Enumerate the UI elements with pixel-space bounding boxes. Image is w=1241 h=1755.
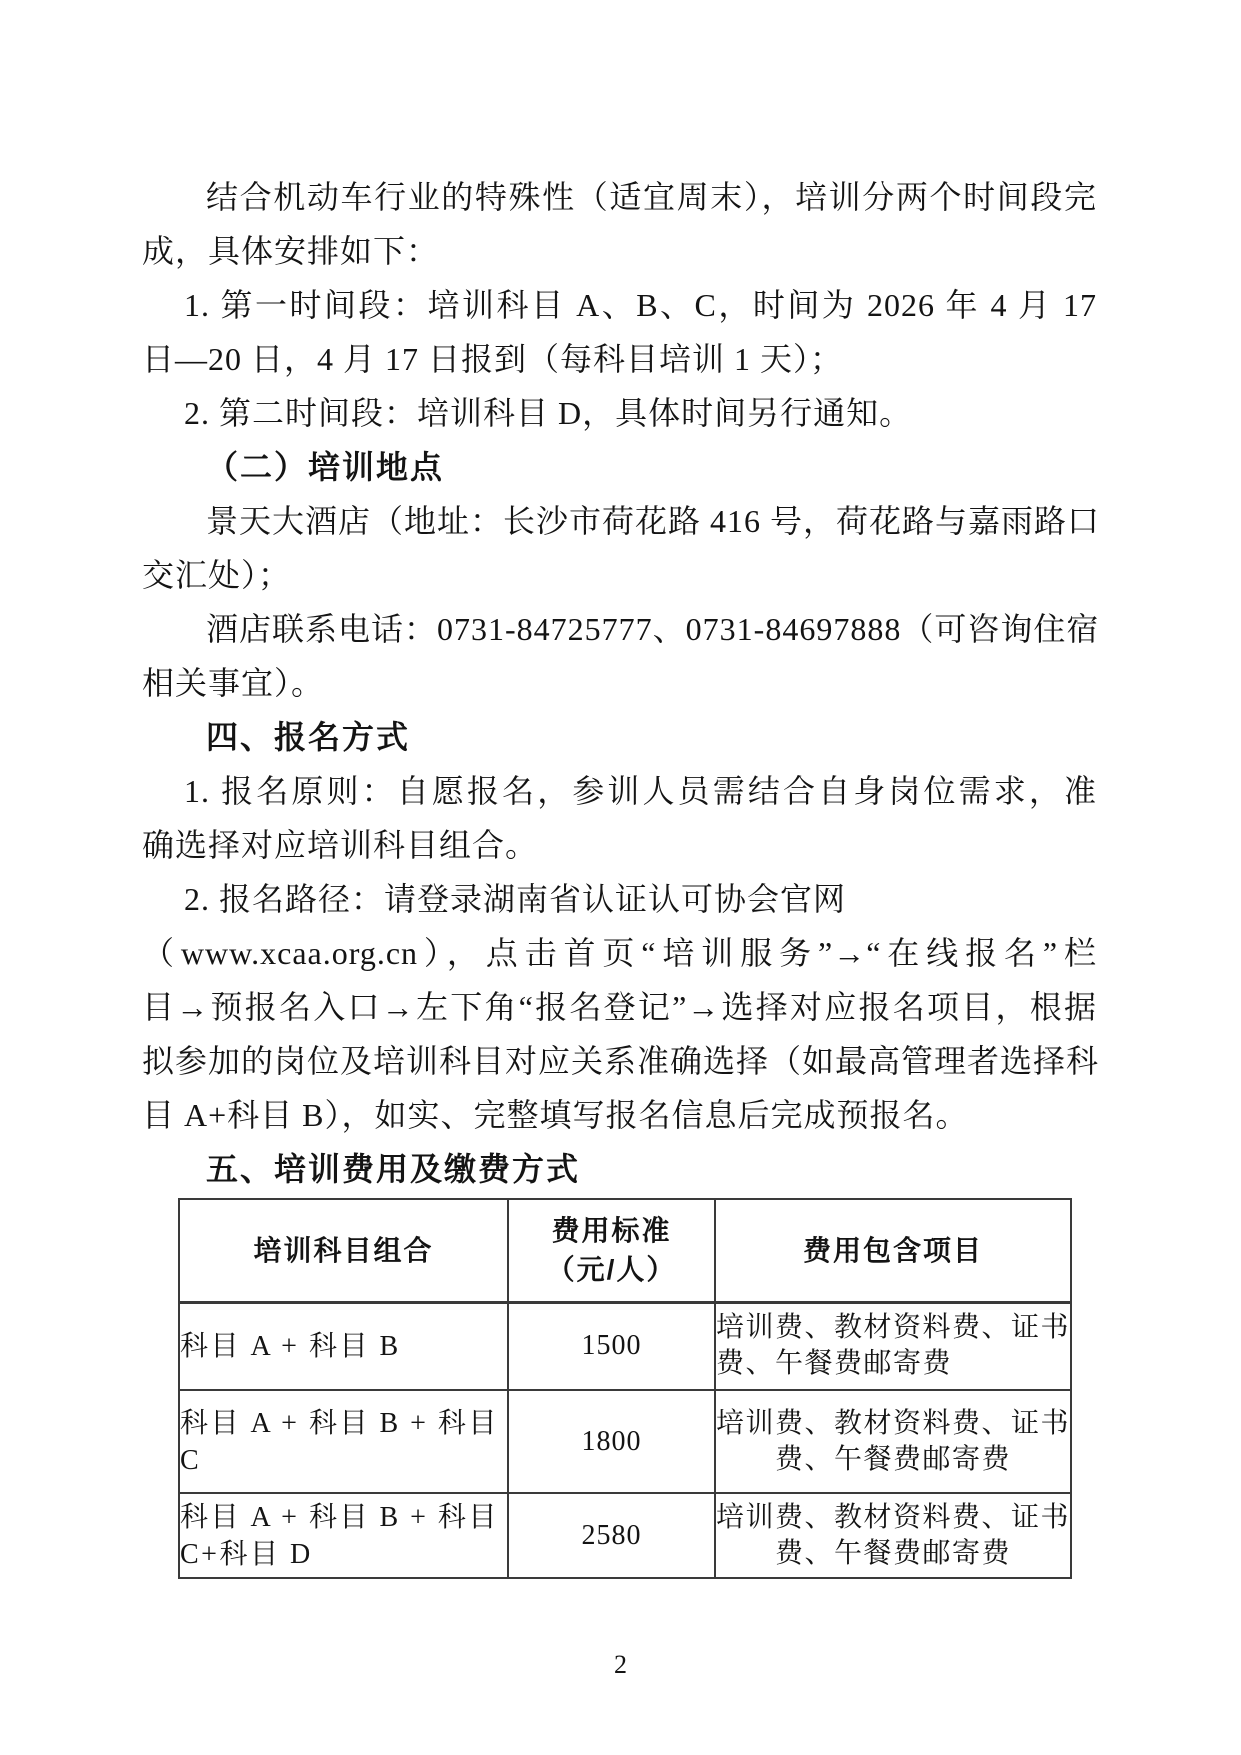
- fee-table-header-combo: 培训科目组合: [179, 1199, 508, 1302]
- fee-table: 培训科目组合 费用标准 （元/人） 费用包含项目 科目 A + 科目 B1500…: [178, 1198, 1072, 1579]
- fee-includes-cell: 培训费、教材资料费、证书费、午餐费邮寄费: [715, 1390, 1071, 1493]
- fee-table-row: 科目 A + 科目 B + 科目C+科目 D2580培训费、教材资料费、证书费、…: [179, 1493, 1071, 1578]
- document-body: 结合机动车行业的特殊性（适宜周末），培训分两个时间段完成，具体安排如下：1. 第…: [142, 170, 1097, 1196]
- fee-includes-line: 培训费、教材资料费、证书: [716, 1500, 1070, 1536]
- document-page: 结合机动车行业的特殊性（适宜周末），培训分两个时间段完成，具体安排如下：1. 第…: [0, 0, 1241, 1755]
- fee-includes-cell: 培训费、教材资料费、证书费、午餐费邮寄费: [715, 1493, 1071, 1578]
- fee-table-row: 科目 A + 科目 B + 科目 C1800培训费、教材资料费、证书费、午餐费邮…: [179, 1390, 1071, 1493]
- body-line: 景天大酒店（地址：长沙市荷花路 416 号，荷花路与嘉雨路口: [142, 494, 1097, 548]
- fee-includes-line: 费、午餐费邮寄费: [716, 1442, 1070, 1478]
- section-heading: （二）培训地点: [142, 440, 1097, 494]
- fee-table-header-price: 费用标准 （元/人）: [508, 1199, 715, 1302]
- body-line: 成，具体安排如下：: [142, 224, 1097, 278]
- body-line: 拟参加的岗位及培训科目对应关系准确选择（如最高管理者选择科: [142, 1034, 1097, 1088]
- fee-table-row: 科目 A + 科目 B1500培训费、教材资料费、证书费、午餐费邮寄费: [179, 1302, 1071, 1390]
- fee-combo-cell: 科目 A + 科目 B + 科目C+科目 D: [179, 1493, 508, 1578]
- fee-price-cell: 1800: [508, 1390, 715, 1493]
- fee-table-body: 科目 A + 科目 B1500培训费、教材资料费、证书费、午餐费邮寄费科目 A …: [179, 1302, 1071, 1578]
- fee-combo-line: 科目 A + 科目 B: [180, 1328, 507, 1365]
- body-line: （www.xcaa.org.cn），点击首页“培训服务”→“在线报名”栏: [142, 926, 1097, 980]
- fee-includes-line: 培训费、教材资料费、证书: [716, 1310, 1070, 1346]
- fee-combo-line: 科目 A + 科目 B + 科目: [180, 1499, 507, 1536]
- body-line: 2. 第二时间段：培训科目 D，具体时间另行通知。: [142, 386, 1097, 440]
- fee-includes-line: 费、午餐费邮寄费: [716, 1346, 1070, 1382]
- fee-includes-line: 培训费、教材资料费、证书: [716, 1406, 1070, 1442]
- fee-combo-line: C+科目 D: [180, 1536, 507, 1573]
- fee-table-header-row: 培训科目组合 费用标准 （元/人） 费用包含项目: [179, 1199, 1071, 1302]
- fee-includes-cell: 培训费、教材资料费、证书费、午餐费邮寄费: [715, 1302, 1071, 1390]
- body-line: 日—20 日，4 月 17 日报到（每科目培训 1 天）；: [142, 332, 1097, 386]
- fee-combo-cell: 科目 A + 科目 B + 科目 C: [179, 1390, 508, 1493]
- fee-includes-line: 费、午餐费邮寄费: [716, 1536, 1070, 1572]
- body-line: 目 A+科目 B），如实、完整填写报名信息后完成预报名。: [142, 1088, 1097, 1142]
- section-heading: 四、报名方式: [142, 710, 1097, 764]
- fee-table-header-includes: 费用包含项目: [715, 1199, 1071, 1302]
- body-line: 交汇处）；: [142, 548, 1097, 602]
- body-line: 相关事宜）。: [142, 656, 1097, 710]
- body-line: 确选择对应培训科目组合。: [142, 818, 1097, 872]
- fee-table-header-price-line2: （元/人）: [509, 1250, 714, 1289]
- page-number: 2: [0, 1650, 1241, 1680]
- body-line: 目→预报名入口→左下角“报名登记”→选择对应报名项目，根据: [142, 980, 1097, 1034]
- fee-price-cell: 1500: [508, 1302, 715, 1390]
- body-line: 1. 第一时间段：培训科目 A、B、C，时间为 2026 年 4 月 17: [142, 278, 1097, 332]
- fee-combo-line: 科目 A + 科目 B + 科目 C: [180, 1405, 507, 1479]
- body-line: 酒店联系电话：0731-84725777、0731-84697888（可咨询住宿: [142, 602, 1097, 656]
- fee-table-header-price-line1: 费用标准: [509, 1211, 714, 1250]
- body-line: 1. 报名原则：自愿报名，参训人员需结合自身岗位需求，准: [142, 764, 1097, 818]
- body-line: 2. 报名路径：请登录湖南省认证认可协会官网: [142, 872, 1097, 926]
- section-heading: 五、培训费用及缴费方式: [142, 1142, 1097, 1196]
- fee-combo-cell: 科目 A + 科目 B: [179, 1302, 508, 1390]
- fee-price-cell: 2580: [508, 1493, 715, 1578]
- body-line: 结合机动车行业的特殊性（适宜周末），培训分两个时间段完: [142, 170, 1097, 224]
